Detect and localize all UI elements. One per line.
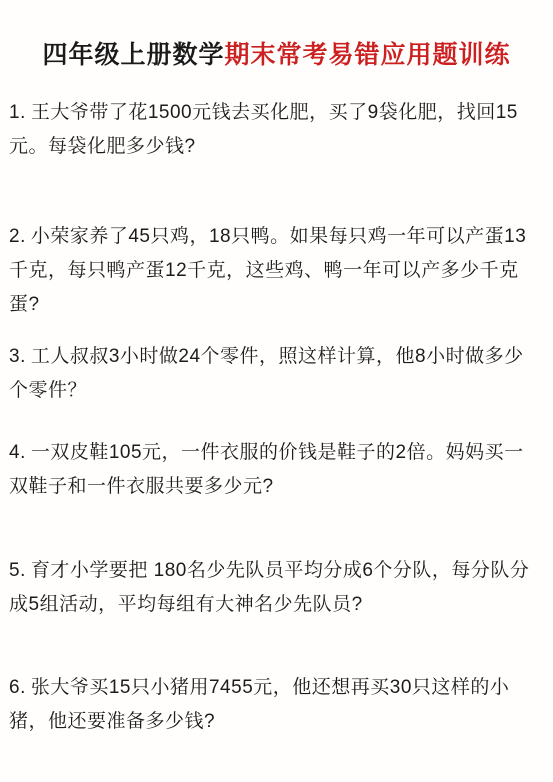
page-title: 四年级上册数学期末常考易错应用题训练 (0, 38, 553, 72)
question-6: 6.张大爷买15只小猪用7455元，他还想再买30只这样的小猪，他还要准备多少钱… (9, 671, 543, 739)
question-1-number: 1. (9, 102, 26, 123)
question-3-number: 3. (9, 346, 26, 367)
title-highlight: 期末常考易错应用题训练 (225, 41, 511, 69)
question-2-number: 2. (9, 226, 26, 247)
question-5-number: 5. (9, 560, 26, 581)
question-6-number: 6. (9, 677, 26, 698)
question-3: 3.工人叔叔3小时做24个零件，照这样计算，他8小时做多少个零件？ (9, 340, 543, 408)
worksheet-page: 四年级上册数学期末常考易错应用题训练 1.王大爷带了花1500元钱去买化肥，买了… (0, 0, 553, 782)
question-4-text: 一双皮鞋105元，一件衣服的价钱是鞋子的2倍。妈妈买一双鞋子和一件衣服共要多少元… (9, 442, 524, 497)
question-4-number: 4. (9, 442, 26, 463)
question-4: 4.一双皮鞋105元，一件衣服的价钱是鞋子的2倍。妈妈买一双鞋子和一件衣服共要多… (9, 436, 543, 504)
question-5: 5.育才小学要把 180名少先队员平均分成6个分队，每分队分成5组活动，平均每组… (9, 554, 543, 622)
question-2-text: 小荣家养了45只鸡，18只鸭。如果每只鸡一年可以产蛋13千克，每只鸭产蛋12千克… (9, 226, 526, 315)
question-1-text: 王大爷带了花1500元钱去买化肥，买了9袋化肥，找回15元。每袋化肥多少钱? (9, 102, 518, 157)
title-prefix: 四年级上册数学 (42, 41, 224, 69)
question-2: 2.小荣家养了45只鸡，18只鸭。如果每只鸡一年可以产蛋13千克，每只鸭产蛋12… (9, 220, 543, 322)
question-6-text: 张大爷买15只小猪用7455元，他还想再买30只这样的小猪，他还要准备多少钱? (9, 677, 509, 732)
question-5-text: 育才小学要把 180名少先队员平均分成6个分队，每分队分成5组活动，平均每组有大… (9, 560, 529, 615)
question-3-text: 工人叔叔3小时做24个零件，照这样计算，他8小时做多少个零件？ (9, 346, 524, 401)
question-1: 1.王大爷带了花1500元钱去买化肥，买了9袋化肥，找回15元。每袋化肥多少钱? (9, 96, 543, 164)
